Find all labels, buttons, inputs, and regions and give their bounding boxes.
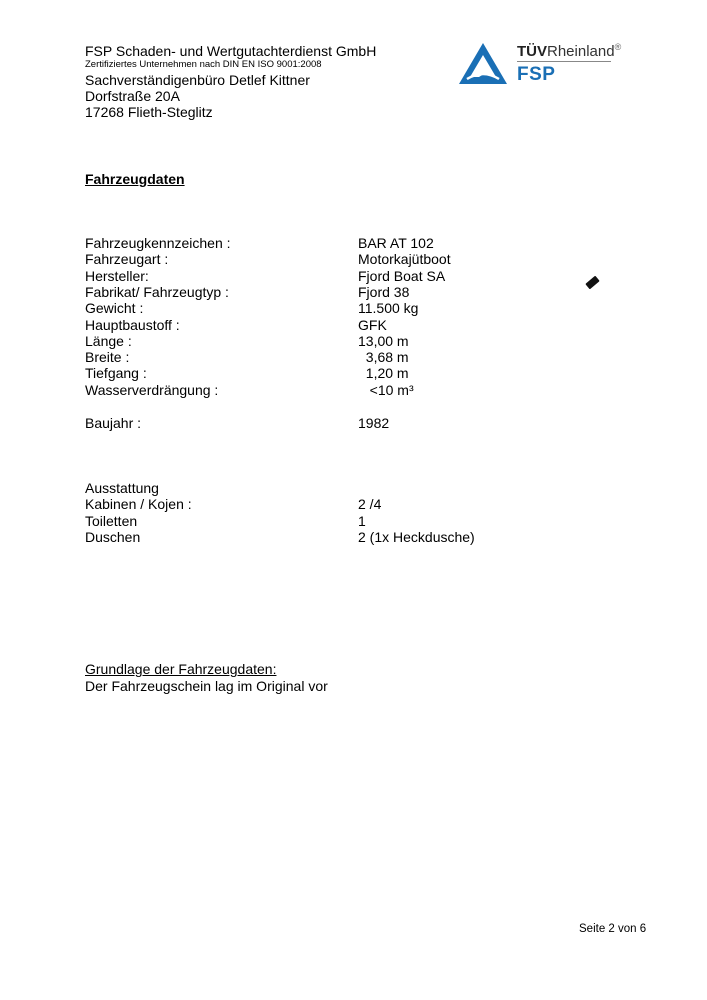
equipment-heading: Ausstattung: [85, 480, 159, 496]
row-label: Wasserverdrängung :: [85, 382, 218, 398]
row-label: Duschen: [85, 529, 140, 545]
basis-text: Der Fahrzeugschein lag im Original vor: [85, 678, 328, 694]
vehicle-row: Tiefgang : 1,20 m: [85, 365, 585, 381]
logo-rheinland: Rheinland: [547, 43, 615, 60]
marker-pen-icon: [585, 276, 599, 290]
street-address: Dorfstraße 20A: [85, 88, 180, 104]
row-value: 3,68 m: [358, 349, 409, 365]
row-value: GFK: [358, 317, 387, 333]
row-value: 13,00 m: [358, 333, 409, 349]
registered-mark: ®: [615, 42, 622, 52]
vehicle-row: Hersteller:Fjord Boat SA: [85, 268, 585, 284]
row-label: Fahrzeugart :: [85, 251, 168, 267]
city-address: 17268 Flieth-Steglitz: [85, 104, 213, 120]
vehicle-row: Fahrzeugart :Motorkajütboot: [85, 251, 585, 267]
row-value: 2 /4: [358, 496, 381, 512]
row-label: Fahrzeugkennzeichen :: [85, 235, 231, 251]
tuv-triangle-icon: [457, 41, 509, 86]
vehicle-row: Wasserverdrängung : <10 m³: [85, 382, 585, 398]
row-label: Toiletten: [85, 513, 137, 529]
row-value: Motorkajütboot: [358, 251, 451, 267]
baujahr-row: Baujahr :1982: [85, 415, 585, 431]
company-name: FSP Schaden- und Wertgutachterdienst Gmb…: [85, 43, 376, 59]
equipment-row: Toiletten1: [85, 513, 585, 529]
row-label: Breite :: [85, 349, 129, 365]
row-label: Tiefgang :: [85, 365, 147, 381]
vehicle-row: Fabrikat/ Fahrzeugtyp :Fjord 38: [85, 284, 585, 300]
row-value: Fjord 38: [358, 284, 409, 300]
equipment-row: Duschen2 (1x Heckdusche): [85, 529, 585, 545]
vehicle-row: Gewicht :11.500 kg: [85, 300, 585, 316]
row-label: Gewicht :: [85, 300, 143, 316]
row-value: <10 m³: [358, 382, 414, 398]
vehicle-row: Breite : 3,68 m: [85, 349, 585, 365]
row-value: BAR AT 102: [358, 235, 434, 251]
vehicle-row: Hauptbaustoff :GFK: [85, 317, 585, 333]
row-label: Hauptbaustoff :: [85, 317, 180, 333]
basis-heading: Grundlage der Fahrzeugdaten:: [85, 661, 276, 677]
row-label: Kabinen / Kojen :: [85, 496, 192, 512]
section-title: Fahrzeugdaten: [85, 171, 185, 187]
row-value: Fjord Boat SA: [358, 268, 445, 284]
row-value: 1: [358, 513, 366, 529]
vehicle-row: Länge :13,00 m: [85, 333, 585, 349]
logo-divider: [517, 61, 611, 62]
vehicle-row: Fahrzeugkennzeichen :BAR AT 102: [85, 235, 585, 251]
office-name: Sachverständigenbüro Detlef Kittner: [85, 72, 310, 88]
logo-fsp: FSP: [517, 64, 555, 86]
row-value: 1982: [358, 415, 389, 431]
equipment-row: Kabinen / Kojen :2 /4: [85, 496, 585, 512]
row-value: 11.500 kg: [358, 300, 418, 316]
row-label: Hersteller:: [85, 268, 149, 284]
row-value: 1,20 m: [358, 365, 409, 381]
row-label: Länge :: [85, 333, 132, 349]
page-number: Seite 2 von 6: [579, 923, 646, 935]
row-label: Fabrikat/ Fahrzeugtyp :: [85, 284, 229, 300]
certification-line: Zertifiziertes Unternehmen nach DIN EN I…: [85, 59, 322, 70]
equipment-heading-row: Ausstattung: [85, 480, 585, 496]
row-value: 2 (1x Heckdusche): [358, 529, 475, 545]
logo-tuv: TÜV: [517, 43, 547, 60]
row-label: Baujahr :: [85, 415, 141, 431]
